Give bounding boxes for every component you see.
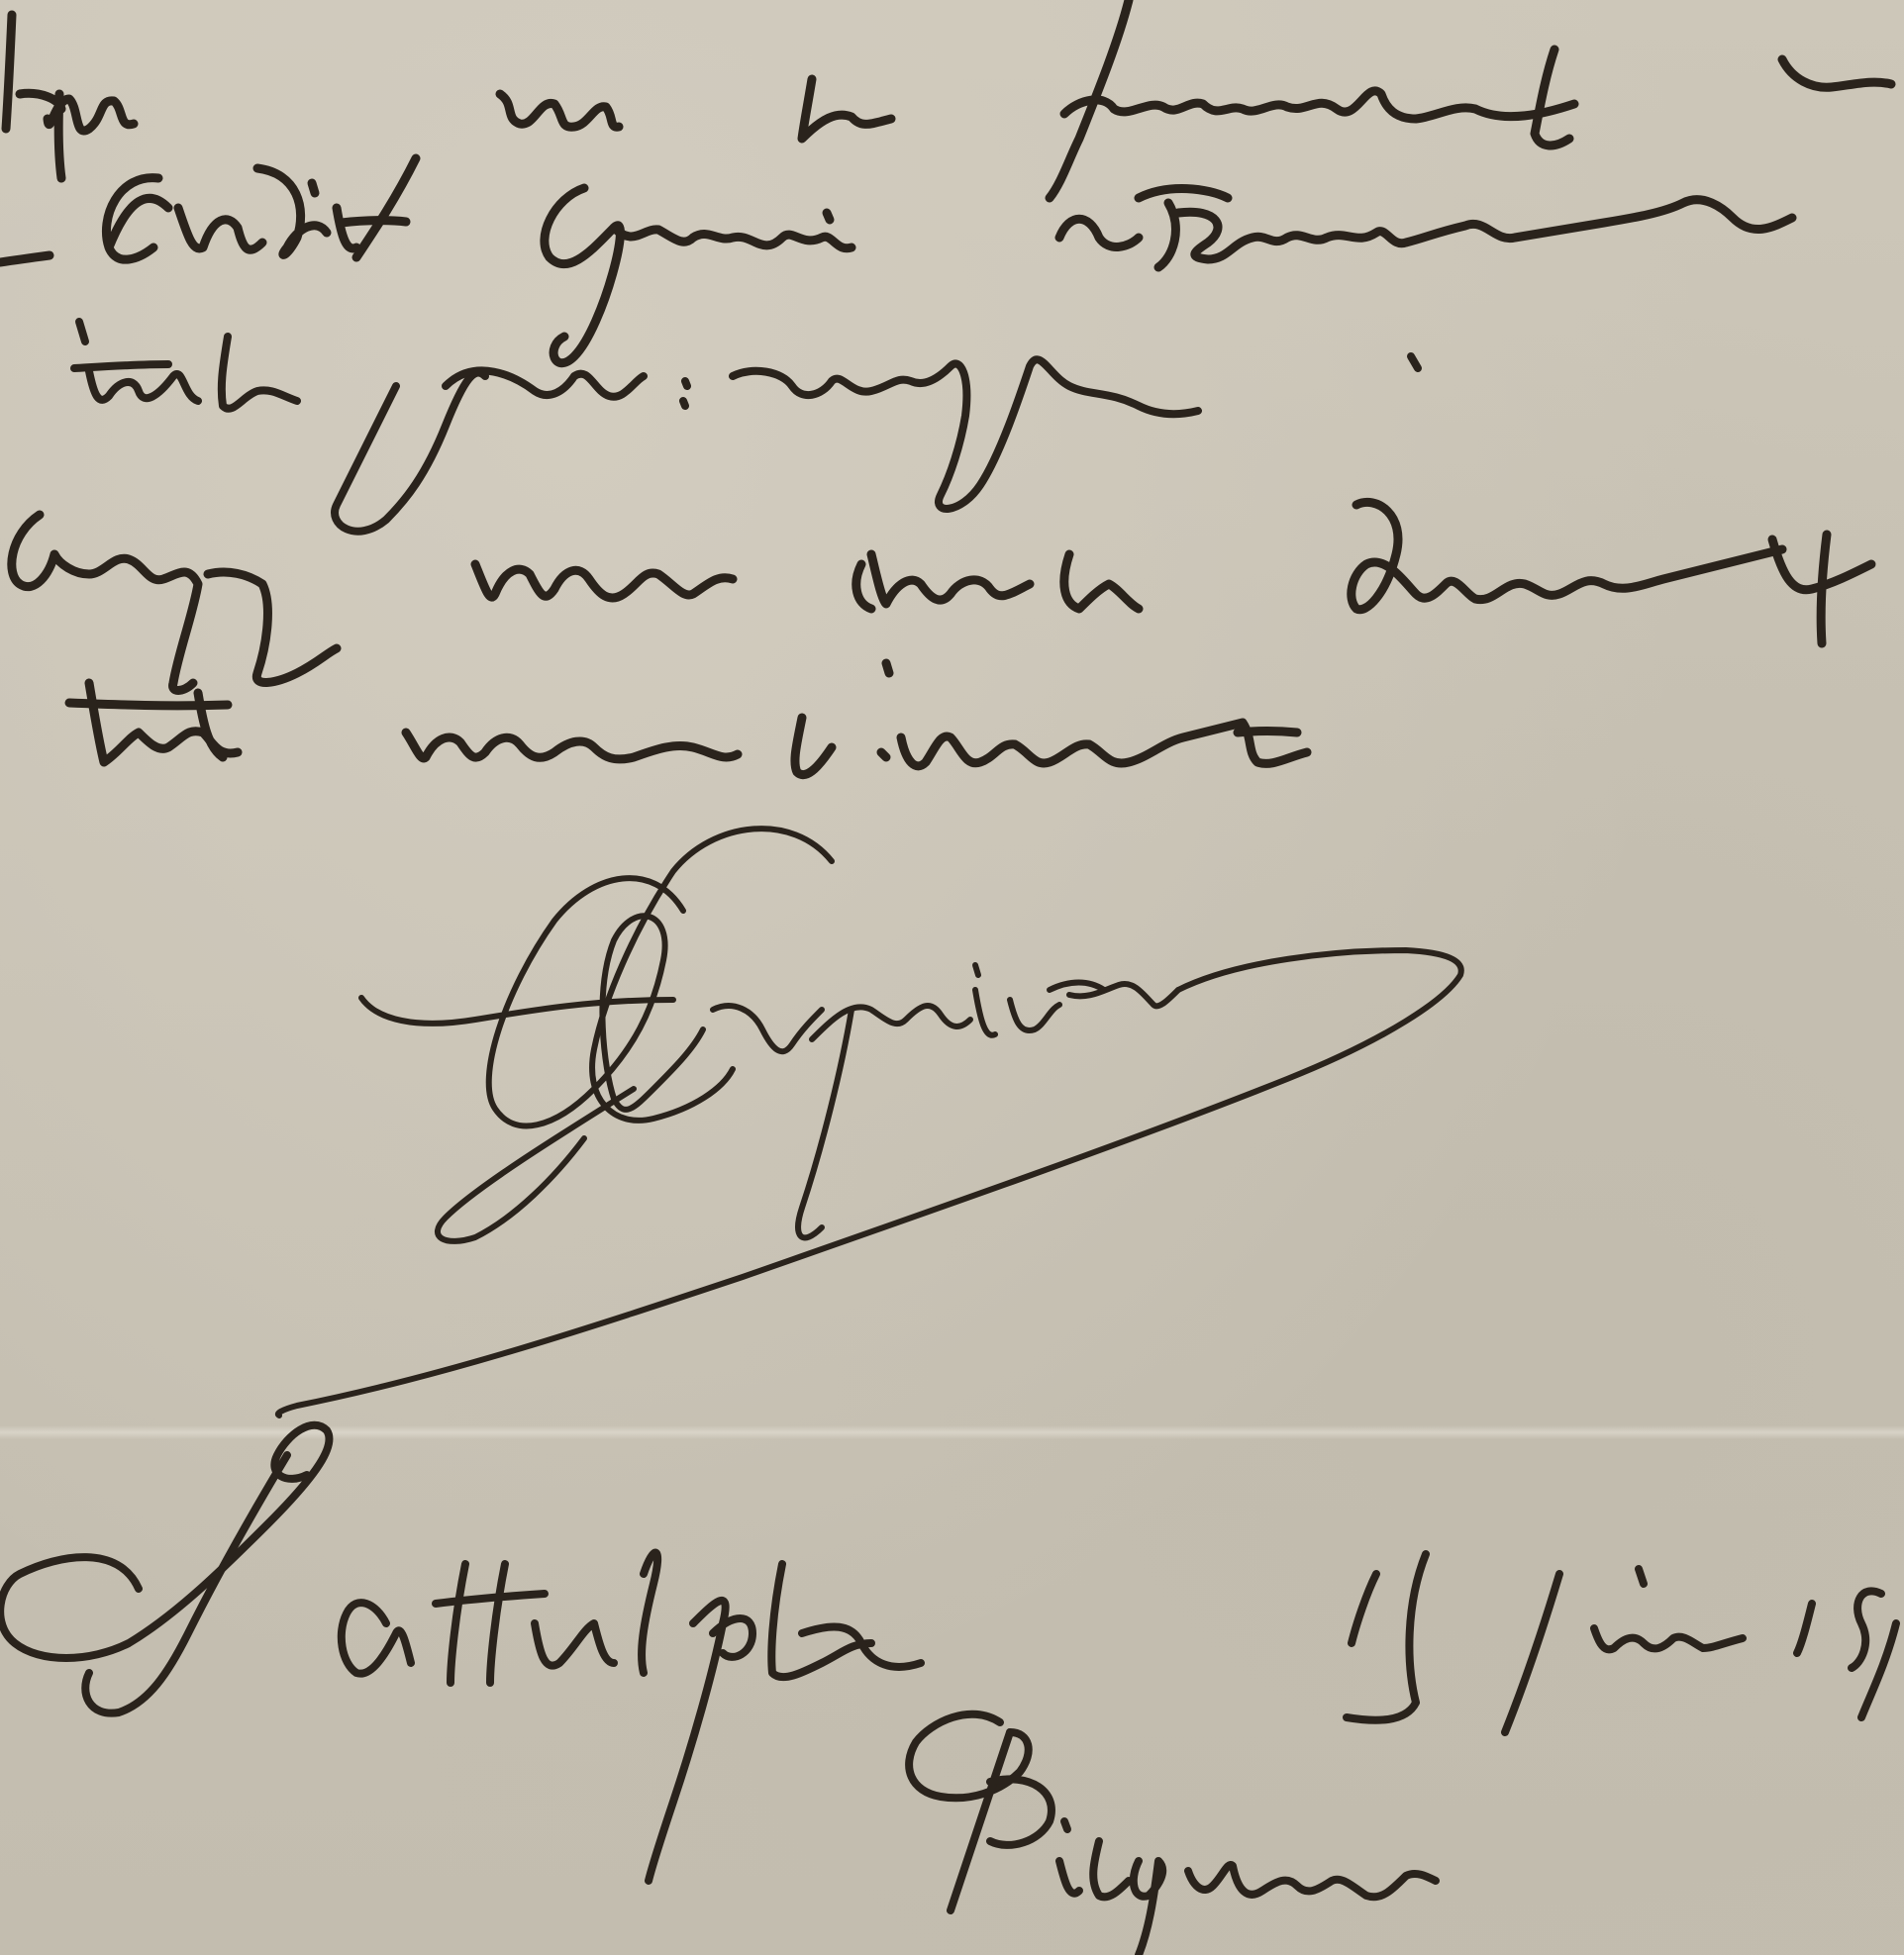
ink-line-1 [6, 0, 1891, 198]
ink-place-date [0, 1425, 1896, 1955]
ink-line-4 [12, 502, 1871, 690]
handwriting-ink [0, 0, 1904, 1955]
ink-signature [278, 829, 1461, 1416]
ink-line-3 [74, 322, 1418, 532]
ink-line-2 [0, 158, 1792, 363]
